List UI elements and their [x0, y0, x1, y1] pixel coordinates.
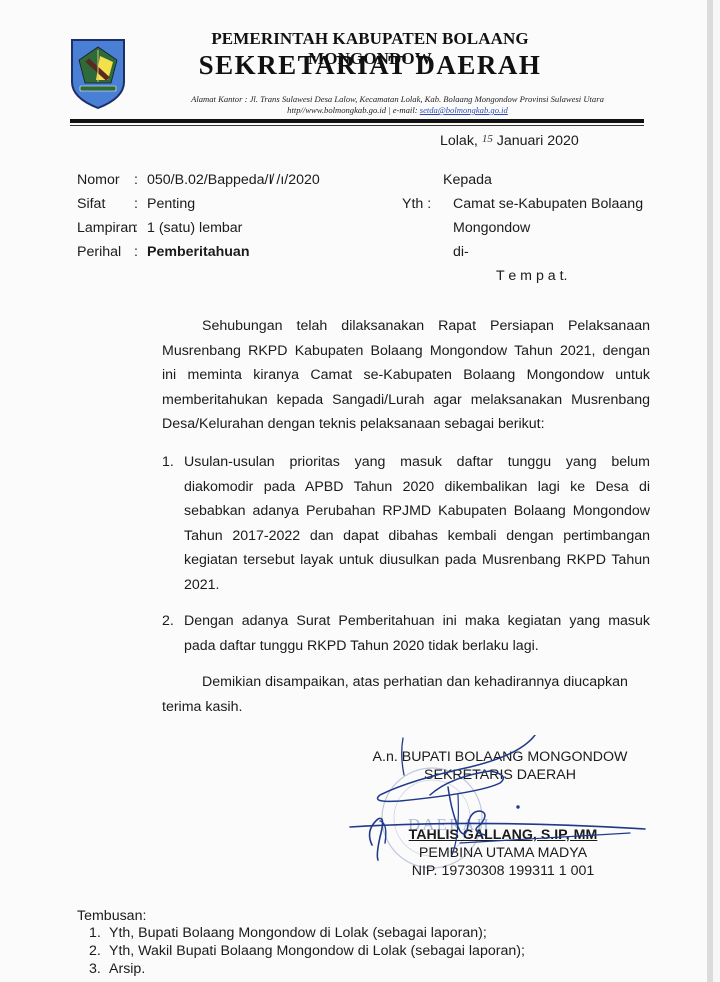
meta-colon: : — [134, 244, 138, 261]
list-line: Usulan-usulan prioritas yang masuk dafta… — [184, 450, 650, 475]
intro-line: Desa/Kelurahan dengan teknis pelaksanaan… — [162, 412, 650, 437]
recipient-di: di- — [453, 244, 469, 261]
regency-coat-of-arms-icon — [70, 38, 126, 110]
cc-item: Yth, Wakil Bupati Bolaang Mongondow di L… — [109, 943, 525, 960]
list-number: 2. — [162, 613, 174, 629]
meta-label-sifat: Sifat — [77, 196, 105, 213]
letterhead-address: Alamat Kantor : Jl. Trans Sulawesi Desa … — [160, 94, 635, 116]
recipient-line1: Camat se-Kabupaten Bolaang — [453, 196, 643, 213]
closing-line: terima kasih. — [162, 695, 650, 720]
place-date: Lolak, 15 Januari 2020 — [440, 133, 579, 151]
closing-line: Demikian disampaikan, atas perhatian dan… — [162, 670, 650, 695]
recipient-yth: Yth : — [402, 196, 431, 213]
recipient-line2: Mongondow — [453, 220, 530, 237]
list-line: kegiatan tersebut layak untuk diusulkan … — [184, 548, 650, 573]
place: Lolak, — [440, 133, 478, 149]
intro-line: ini meminta kiranya Camat se-Kabupaten B… — [162, 363, 650, 388]
list-line: Dengan adanya Surat Pemberitahuan ini ma… — [184, 609, 650, 634]
cc-item: Arsip. — [109, 961, 145, 978]
letterhead-rule-thick — [70, 119, 644, 123]
meta-label-lampiran: Lampiran — [77, 220, 136, 237]
meta-value-nomor: 050/B.02/Bappeda/I̸ /ı/2020 — [147, 172, 320, 189]
intro-line: Musrenbang RKPD Kabupaten Bolaang Mongon… — [162, 339, 650, 364]
page-margin — [713, 0, 720, 982]
contact-line: http//www.bolmongkab.go.id | e-mail: set… — [160, 105, 635, 116]
signatory-nip: NIP. 19730308 199311 1 001 — [370, 863, 636, 879]
cc-number: 1. — [89, 925, 101, 942]
signatory-rank: PEMBINA UTAMA MADYA — [370, 845, 636, 861]
cc-title: Tembusan: — [77, 908, 146, 925]
meta-value-lampiran: 1 (satu) lembar — [147, 220, 242, 237]
list-line: diakomodir pada APBD Tahun 2020 dikembal… — [184, 475, 650, 500]
meta-colon: : — [134, 196, 138, 213]
meta-value-sifat: Penting — [147, 196, 195, 213]
closing-paragraph: Demikian disampaikan, atas perhatian dan… — [162, 670, 650, 719]
email-link[interactable]: setda@bolmongkab.go.id — [420, 105, 508, 115]
intro-line: Sehubungan telah dilaksanakan Rapat Pers… — [162, 314, 650, 339]
signature-position: SEKRETARIS DAERAH — [370, 767, 630, 783]
signature-on-behalf: A.n. BUPATI BOLAANG MONGONDOW — [370, 749, 630, 765]
cc-number: 3. — [89, 961, 101, 978]
meta-label-nomor: Nomor — [77, 172, 120, 189]
month-year: Januari 2020 — [497, 133, 579, 149]
intro-line: memberitahukan kepada Sangadi/Lurah agar… — [162, 388, 650, 413]
list-number: 1. — [162, 454, 174, 470]
email-label: | e-mail: — [386, 105, 420, 115]
meta-colon: : — [134, 220, 138, 237]
signatory-name: TAHLIS GALLANG, S.IP, MM — [370, 827, 636, 843]
list-line: sebabkan adanya Perubahan RPJMD Kabupate… — [184, 499, 650, 524]
letterhead-rule-thin — [70, 125, 644, 126]
list-line: Tahun 2017-2022 dan dapat dibahas kembal… — [184, 524, 650, 549]
office-address: Alamat Kantor : Jl. Trans Sulawesi Desa … — [160, 94, 635, 105]
handwritten-day: 15 — [482, 133, 493, 145]
recipient-tempat: T e m p a t. — [496, 268, 568, 285]
list-line: 2021. — [184, 573, 650, 598]
meta-colon: : — [134, 172, 138, 189]
cc-number: 2. — [89, 943, 101, 960]
meta-label-perihal: Perihal — [77, 244, 121, 261]
list-line: pada daftar tunggu RKPD Tahun 2020 tidak… — [184, 634, 650, 659]
intro-paragraph: Sehubungan telah dilaksanakan Rapat Pers… — [162, 314, 650, 437]
meta-value-perihal: Pemberitahuan — [147, 244, 250, 261]
website-text: http//www.bolmongkab.go.id — [287, 105, 386, 115]
letter-page: PEMERINTAH KABUPATEN BOLAANG MONGONDOW S… — [0, 0, 708, 982]
letterhead-office-name: SEKRETARIAT DAERAH — [180, 50, 560, 81]
list-item-1: Usulan-usulan prioritas yang masuk dafta… — [184, 450, 650, 597]
recipient-kepada: Kepada — [443, 172, 492, 189]
cc-item: Yth, Bupati Bolaang Mongondow di Lolak (… — [109, 925, 487, 942]
list-item-2: Dengan adanya Surat Pemberitahuan ini ma… — [184, 609, 650, 658]
